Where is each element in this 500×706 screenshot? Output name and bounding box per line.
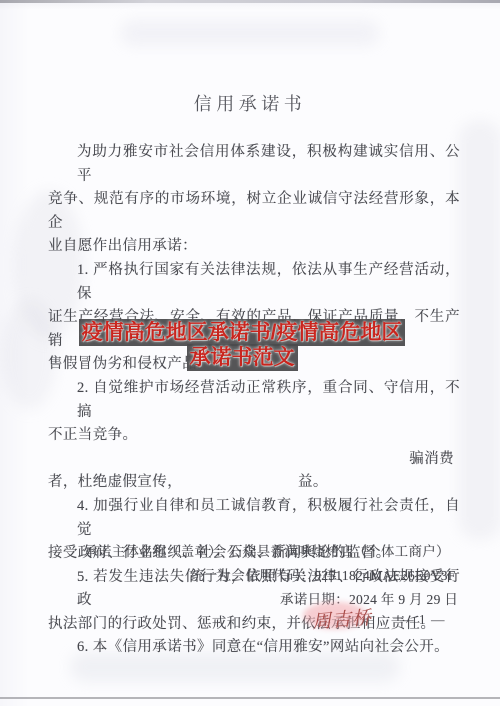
document-title: 信用承诺书 — [0, 90, 500, 116]
scanned-document-page: 信用承诺书 为助力雅安市社会信用体系建设，积极构建诚实信用、公平竞争、规范有序的… — [0, 0, 500, 706]
body-line: 执法部门的行政处罚、惩戒和约束，并依法承担相应责任。 — [48, 613, 460, 637]
promisor-name-line: 承诺主体名称（盖章）：石棉县香满味烧烤店（个体工商户） — [84, 540, 450, 560]
scan-artifact — [120, 20, 380, 46]
body-line: 1. 严格执行国家有关法律法规，依法从事生产经营活动，保 — [48, 259, 460, 306]
scan-artifact — [458, 120, 500, 540]
body-line: 者，杜绝虚假宣传，益。 — [48, 471, 460, 495]
caption-overlay: 疫情高危地区承诺书/疫情高危地区承诺书范文 — [71, 320, 413, 370]
body-line: 为助力雅安市社会信用体系建设，积极构建诚实信用、公平 — [48, 141, 460, 188]
body-line: 2. 自觉维护市场经营活动正常秩序，重合同、守信用，不搞 — [48, 377, 460, 424]
body-line: 竞争、规范有序的市场环境，树立企业诚信守法经营形象，本企 — [48, 188, 460, 235]
handwritten-signature: 周吉桥 — [311, 603, 373, 634]
scan-edge-top — [0, 0, 500, 3]
scan-edge-bottom — [0, 697, 500, 699]
caption-overlay-text: 疫情高危地区承诺书/疫情高危地区承诺书范文 — [79, 319, 406, 371]
body-line: 骗消费 — [48, 448, 460, 472]
body-line: 6. 本《信用承诺书》同意在“信用雅安”网站向社会公开。 — [48, 636, 460, 660]
body-line-fragment: 益。 — [298, 471, 328, 495]
body-line: 4. 加强行业自律和员工诚信教育，积极履行社会责任，自觉 — [48, 495, 460, 542]
credit-code-line: 统一社会信用代码：92511824MAE26E0Y3F — [190, 564, 456, 584]
body-line: 不正当竞争。 — [48, 424, 460, 448]
page-number: — 1 — — [400, 612, 446, 628]
body-line: 业自愿作出信用承诺： — [48, 235, 460, 259]
